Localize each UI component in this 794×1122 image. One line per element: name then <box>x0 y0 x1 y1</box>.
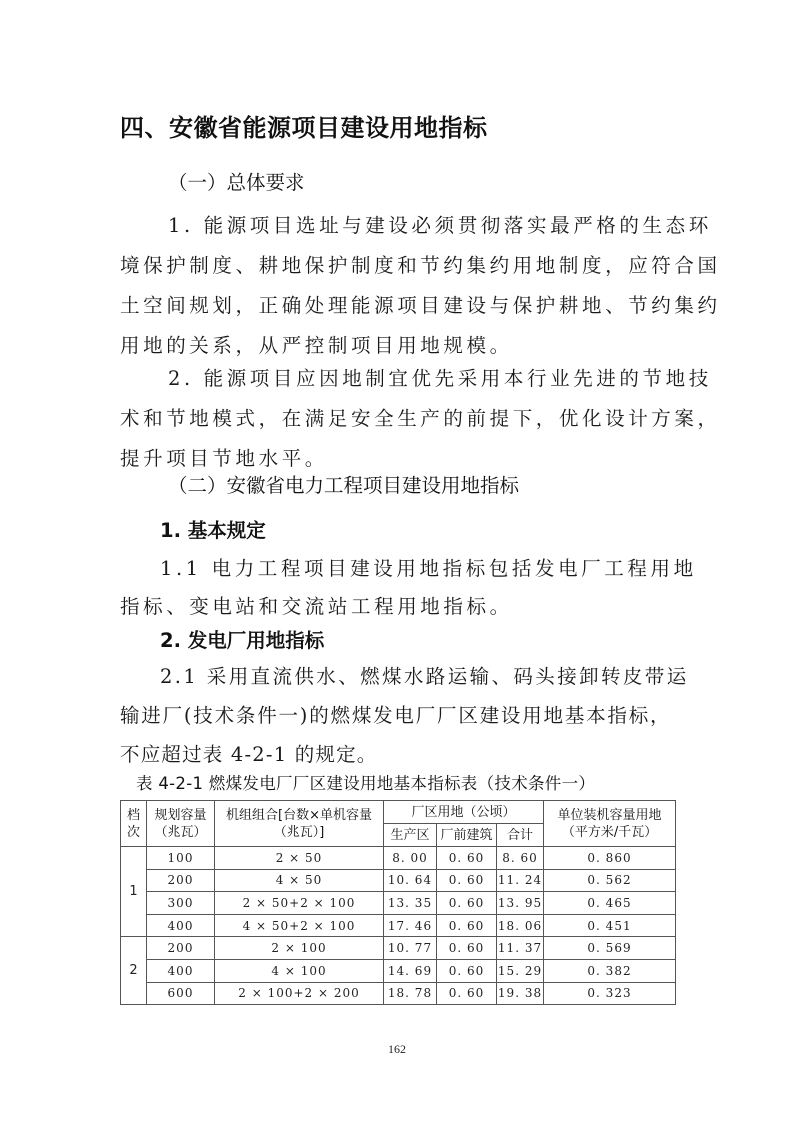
front-cell: 0. 60 <box>437 982 497 1005</box>
total-cell: 11. 37 <box>497 937 544 960</box>
total-cell: 8. 60 <box>497 847 544 870</box>
subsection-heading-power: （二）安徽省电力工程项目建设用地指标 <box>168 470 519 498</box>
paragraph-line: 2. 能源项目应因地制宜优先采用本行业先进的节地技 <box>168 363 712 391</box>
units-cell: 2 × 100 <box>215 937 384 960</box>
units-cell: 2 × 50+2 × 100 <box>215 892 384 915</box>
paragraph-line: 境保护制度、耕地保护制度和节约集约用地制度，应符合国 <box>120 250 721 278</box>
paragraph-line: 提升项目节地水平。 <box>120 443 328 471</box>
front-cell: 0. 60 <box>437 914 497 937</box>
capacity-cell: 400 <box>147 959 215 982</box>
per-unit-cell: 0. 465 <box>544 892 676 915</box>
production-cell: 14. 69 <box>384 959 437 982</box>
capacity-cell: 600 <box>147 982 215 1005</box>
table-caption: 表 4-2-1 燃煤发电厂厂区建设用地基本指标表（技术条件一） <box>136 770 595 794</box>
front-cell: 0. 60 <box>437 892 497 915</box>
table-row: 200 4 × 50 10. 64 0. 60 11. 24 0. 562 <box>121 869 676 892</box>
paragraph-line: 术和节地模式，在满足安全生产的前提下，优化设计方案， <box>120 403 721 431</box>
header-land-group: 厂区用地（公顷） <box>384 801 544 824</box>
front-cell: 0. 60 <box>437 847 497 870</box>
section-title: 四、安徽省能源项目建设用地指标 <box>120 108 488 143</box>
header-per-unit: 单位装机容量用地（平方米/千瓦） <box>544 801 676 847</box>
tier-cell: 2 <box>121 937 147 1005</box>
capacity-cell: 200 <box>147 869 215 892</box>
heading-power-plant-land: 2. 发电厂用地指标 <box>160 625 324 653</box>
header-total: 合计 <box>497 824 544 847</box>
units-cell: 2 × 100+2 × 200 <box>215 982 384 1005</box>
production-cell: 18. 78 <box>384 982 437 1005</box>
per-unit-cell: 0. 323 <box>544 982 676 1005</box>
capacity-cell: 100 <box>147 847 215 870</box>
header-capacity: 规划容量（兆瓦） <box>147 801 215 847</box>
units-cell: 2 × 50 <box>215 847 384 870</box>
total-cell: 18. 06 <box>497 914 544 937</box>
front-cell: 0. 60 <box>437 869 497 892</box>
units-cell: 4 × 100 <box>215 959 384 982</box>
production-cell: 13. 35 <box>384 892 437 915</box>
header-front: 厂前建筑 <box>437 824 497 847</box>
total-cell: 13. 95 <box>497 892 544 915</box>
per-unit-cell: 0. 860 <box>544 847 676 870</box>
paragraph-line: 不应超过表 4-2-1 的规定。 <box>120 739 378 767</box>
paragraph-line: 1.1 电力工程项目建设用地指标包括发电厂工程用地 <box>160 553 697 581</box>
per-unit-cell: 0. 382 <box>544 959 676 982</box>
header-units: 机组组合[台数×单机容量（兆瓦）] <box>215 801 384 847</box>
tier-cell: 1 <box>121 847 147 937</box>
paragraph-line: 土空间规划，正确处理能源项目建设与保护耕地、节约集约 <box>120 290 721 318</box>
front-cell: 0. 60 <box>437 959 497 982</box>
paragraph-line: 指标、变电站和交流站工程用地指标。 <box>120 591 513 619</box>
per-unit-cell: 0. 451 <box>544 914 676 937</box>
header-production: 生产区 <box>384 824 437 847</box>
paragraph-line: 输进厂(技术条件一)的燃煤发电厂厂区建设用地基本指标， <box>120 700 671 728</box>
production-cell: 17. 46 <box>384 914 437 937</box>
land-index-table: 档次 规划容量（兆瓦） 机组组合[台数×单机容量（兆瓦）] 厂区用地（公顷） 单… <box>120 800 676 1005</box>
production-cell: 10. 77 <box>384 937 437 960</box>
capacity-cell: 300 <box>147 892 215 915</box>
table-row: 1 100 2 × 50 8. 00 0. 60 8. 60 0. 860 <box>121 847 676 870</box>
capacity-cell: 400 <box>147 914 215 937</box>
production-cell: 10. 64 <box>384 869 437 892</box>
total-cell: 19. 38 <box>497 982 544 1005</box>
units-cell: 4 × 50+2 × 100 <box>215 914 384 937</box>
subsection-heading-general: （一）总体要求 <box>168 167 305 195</box>
paragraph-line: 2.1 采用直流供水、燃煤水路运输、码头接卸转皮带运 <box>160 661 689 689</box>
capacity-cell: 200 <box>147 937 215 960</box>
heading-basic-rules: 1. 基本规定 <box>160 515 266 543</box>
table-row: 400 4 × 100 14. 69 0. 60 15. 29 0. 382 <box>121 959 676 982</box>
total-cell: 15. 29 <box>497 959 544 982</box>
per-unit-cell: 0. 569 <box>544 937 676 960</box>
paragraph-line: 用地的关系，从严控制项目用地规模。 <box>120 330 513 358</box>
total-cell: 11. 24 <box>497 869 544 892</box>
table-row: 2 200 2 × 100 10. 77 0. 60 11. 37 0. 569 <box>121 937 676 960</box>
front-cell: 0. 60 <box>437 937 497 960</box>
production-cell: 8. 00 <box>384 847 437 870</box>
table-row: 400 4 × 50+2 × 100 17. 46 0. 60 18. 06 0… <box>121 914 676 937</box>
units-cell: 4 × 50 <box>215 869 384 892</box>
paragraph-line: 1. 能源项目选址与建设必须贯彻落实最严格的生态环 <box>168 210 712 238</box>
table-row: 600 2 × 100+2 × 200 18. 78 0. 60 19. 38 … <box>121 982 676 1005</box>
per-unit-cell: 0. 562 <box>544 869 676 892</box>
header-tier: 档次 <box>121 801 147 847</box>
table-row: 300 2 × 50+2 × 100 13. 35 0. 60 13. 95 0… <box>121 892 676 915</box>
page-number: 162 <box>388 1042 406 1057</box>
